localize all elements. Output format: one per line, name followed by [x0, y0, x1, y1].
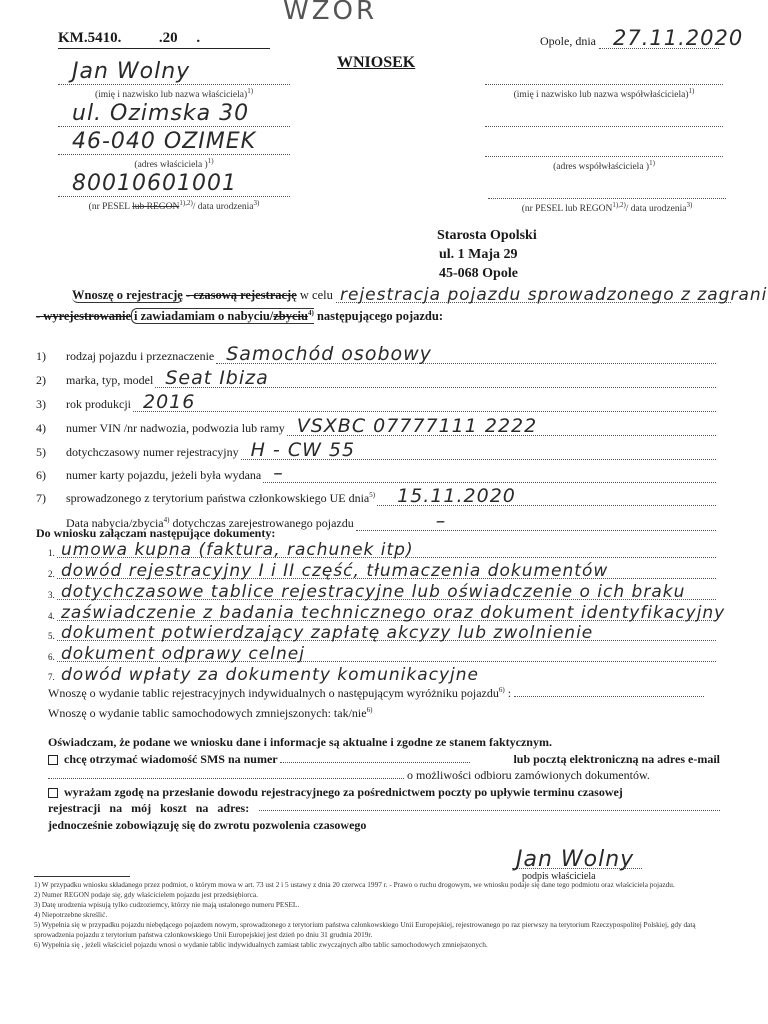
vehicle-row-field[interactable]: –	[263, 470, 716, 483]
post-address-field[interactable]	[259, 800, 720, 811]
owner-address-caption: (adres właściciela )1)	[58, 157, 290, 170]
footnote: 1) W przypadku wniosku składanego przez …	[34, 880, 720, 890]
document-item-field[interactable]: zaświadczenie z badania technicznego ora…	[57, 606, 716, 621]
request-option-temporary[interactable]: - czasową rejestrację	[186, 288, 297, 302]
reduced-plates-request[interactable]: Wnoszę o wydanie tablic samochodowych zm…	[48, 706, 372, 721]
request-option-registration[interactable]: Wnoszę o rejestrację	[72, 288, 183, 303]
document-item-number: 1.	[48, 548, 57, 558]
document-item-field[interactable]: dokument odprawy celnej	[57, 647, 716, 662]
vehicle-row-value: 2016	[143, 391, 195, 413]
vehicle-row-field[interactable]: VSXBC 07777111 2222	[287, 423, 716, 436]
vehicle-row-number: 4)	[36, 421, 66, 436]
footnote: 3) Datę urodzenia wpisują tylko cudzozie…	[34, 900, 720, 910]
owner-name-field[interactable]: Jan Wolny (imię i nazwisko lub nazwa wła…	[58, 56, 290, 100]
co-owner-name-caption: (imię i nazwisko lub nazwa współwłaścici…	[485, 87, 723, 100]
email-field[interactable]	[48, 768, 404, 779]
footnote: 6) Wypełnia się , jeżeli właściciel poja…	[34, 940, 720, 950]
purpose-field[interactable]: rejestracja pojazdu sprowadzonego z zagr…	[336, 288, 731, 303]
co-owner-pesel-field[interactable]: (nr PESEL lub REGON1),2)/ data urodzenia…	[488, 172, 726, 214]
document-item-value: zaświadczenie z badania technicznego ora…	[61, 603, 725, 623]
purpose-label: w celu	[300, 288, 333, 302]
declaration-statement: Oświadczam, że podane we wniosku dane i …	[48, 734, 720, 751]
date-field[interactable]: 27.11.2020	[599, 36, 719, 49]
footnote-divider	[34, 876, 130, 877]
signature-value: Jan Wolny	[516, 847, 634, 872]
document-item-number: 6.	[48, 652, 57, 662]
document-item: 2.dowód rejestracyjny I i II część, tłum…	[48, 559, 716, 579]
vehicle-row: 4)numer VIN /nr nadwozia, podwozia lub r…	[36, 416, 716, 436]
declaration-section: Oświadczam, że podane we wniosku dane i …	[48, 734, 720, 833]
document-item: 6.dokument odprawy celnej	[48, 642, 716, 662]
vehicle-row-number: 5)	[36, 445, 66, 460]
document-item-number: 3.	[48, 590, 57, 600]
place-date: Opole, dnia 27.11.2020	[540, 34, 719, 49]
vehicle-row-label: rodzaj pojazdu i przeznaczenie	[66, 349, 214, 364]
document-item-number: 4.	[48, 611, 57, 621]
vehicle-row-field[interactable]: Seat Ibiza	[155, 375, 716, 388]
sms-consent-line: chcę otrzymać wiadomość SMS na numer lub…	[48, 751, 720, 768]
vehicle-row-label: numer karty pojazdu, jeżeli była wydana	[66, 468, 261, 483]
post-address-line: rejestracji na mój koszt na adres:	[48, 800, 720, 817]
document-item-field[interactable]: dotychczasowe tablice rejestracyjne lub …	[57, 585, 716, 600]
watermark-handwritten: WZÓR	[283, 0, 377, 26]
footnotes: 1) W przypadku wniosku składanego przez …	[34, 880, 720, 950]
document-item-field[interactable]: umowa kupna (faktura, rachunek itp)	[57, 543, 716, 558]
vehicle-row-number: 1)	[36, 349, 66, 364]
vehicle-row-value: Seat Ibiza	[165, 367, 268, 389]
footnote: 4) Niepotrzebne skreślić.	[34, 910, 720, 920]
owner-address-line2-value: 46-040 OZIMEK	[72, 129, 256, 154]
sms-consent-checkbox[interactable]	[48, 755, 58, 765]
owner-pesel-field[interactable]: 80010601001 (nr PESEL lub REGON1),2)/ da…	[58, 170, 290, 212]
vehicle-row: 6)numer karty pojazdu, jeżeli była wydan…	[36, 463, 716, 483]
vehicle-row-label: numer VIN /nr nadwozia, podwozia lub ram…	[66, 421, 285, 436]
vehicle-row-field[interactable]: 15.11.2020	[377, 493, 716, 506]
owner-pesel-caption: (nr PESEL lub REGON1),2)/ data urodzenia…	[58, 199, 290, 212]
vehicle-row-field[interactable]: Samochód osobowy	[216, 351, 716, 364]
document-item-value: dowód rejestracyjny I i II część, tłumac…	[61, 561, 608, 581]
request-line-2: - wyrejestrowaniei zawiadamiam o nabyciu…	[36, 309, 443, 324]
document-item-value: umowa kupna (faktura, rachunek itp)	[61, 540, 414, 560]
date-value: 27.11.2020	[613, 26, 743, 50]
vehicle-row-value: VSXBC 07777111 2222	[297, 415, 538, 437]
document-item-field[interactable]: dowód wpłaty za dokumenty komunikacyjne	[57, 668, 716, 682]
document-item-value: dotychczasowe tablice rejestracyjne lub …	[61, 582, 685, 602]
vehicle-row-number: 2)	[36, 373, 66, 388]
document-item: 7.dowód wpłaty za dokumenty komunikacyjn…	[48, 662, 716, 682]
document-item: 4.zaświadczenie z badania technicznego o…	[48, 601, 716, 621]
document-item-number: 7.	[48, 672, 57, 682]
recipient-line1: Starosta Opolski	[437, 226, 537, 245]
vehicle-row-label: marka, typ, model	[66, 373, 153, 388]
post-consent-checkbox[interactable]	[48, 788, 58, 798]
request-suffix: następującego pojazdu:	[317, 309, 443, 323]
request-option-notify[interactable]: i zawiadamiam o nabyciu/zbyciu4)	[131, 308, 314, 324]
email-line: o możliwości odbioru zamówionych dokumen…	[48, 767, 720, 784]
vehicle-row: 3)rok produkcji2016	[36, 392, 716, 412]
vehicle-row-value: 15.11.2020	[397, 485, 516, 507]
recipient-line3: 45-068 Opole	[439, 264, 537, 283]
return-obligation: jednocześnie zobowiązuję się do zwrotu p…	[48, 817, 720, 834]
document-item: 3.dotychczasowe tablice rejestracyjne lu…	[48, 580, 716, 600]
vehicle-row-value: H - CW 55	[251, 439, 356, 461]
co-owner-address-caption: (adres współwłaściciela )1)	[485, 159, 723, 172]
vehicle-row-number: 3)	[36, 397, 66, 412]
vehicle-row: 1)rodzaj pojazdu i przeznaczenieSamochód…	[36, 344, 716, 364]
recipient-address: Starosta Opolski ul. 1 Maja 29 45-068 Op…	[437, 226, 537, 283]
vehicle-row-field[interactable]: 2016	[133, 399, 716, 412]
document-title: WNIOSEK	[337, 54, 415, 72]
document-item-field[interactable]: dokument potwierdzający zapłatę akcyzy l…	[57, 626, 716, 641]
vehicle-row: 5)dotychczasowy numer rejestracyjnyH - C…	[36, 440, 716, 460]
document-item-value: dokument odprawy celnej	[61, 644, 305, 664]
signature-field[interactable]: Jan Wolny	[512, 838, 642, 869]
individual-plates-request: Wnoszę o wydanie tablic rejestracyjnych …	[48, 686, 704, 701]
co-owner-address-line2-field[interactable]: (adres współwłaściciela )1)	[485, 130, 723, 172]
signature-block: Jan Wolny podpis właściciela	[512, 838, 642, 882]
co-owner-address-line1-field[interactable]	[485, 100, 723, 127]
recipient-line2: ul. 1 Maja 29	[439, 245, 537, 264]
vehicle-row-field[interactable]: H - CW 55	[241, 447, 716, 460]
co-owner-pesel-caption: (nr PESEL lub REGON1),2)/ data urodzenia…	[488, 201, 726, 214]
co-owner-name-field[interactable]: (imię i nazwisko lub nazwa współwłaścici…	[485, 58, 723, 100]
footnote: 5) Wypełnia się w przypadku pojazdu nieb…	[34, 920, 720, 940]
vehicle-row-value: –	[273, 462, 284, 484]
document-item-value: dowód wpłaty za dokumenty komunikacyjne	[61, 665, 479, 685]
document-item-value: dokument potwierdzający zapłatę akcyzy l…	[61, 623, 593, 643]
vehicle-row-label: sprowadzonego z terytorium państwa człon…	[66, 491, 375, 506]
document-item: 5.dokument potwierdzający zapłatę akcyzy…	[48, 621, 716, 641]
vehicle-row-number: 7)	[36, 491, 66, 506]
place-date-label: Opole, dnia	[540, 34, 596, 48]
vehicle-row-value: –	[436, 510, 447, 532]
owner-pesel-value: 80010601001	[72, 171, 237, 196]
document-item: 1.umowa kupna (faktura, rachunek itp)	[48, 538, 716, 558]
sms-number-field[interactable]	[280, 752, 470, 763]
document-item-number: 5.	[48, 631, 57, 641]
vehicle-row-field[interactable]: –	[356, 518, 716, 531]
vehicle-row-number: 6)	[36, 468, 66, 483]
request-option-deregistration[interactable]: - wyrejestrowanie	[36, 309, 131, 323]
owner-address-line2-field[interactable]: 46-040 OZIMEK (adres właściciela )1)	[58, 128, 290, 170]
vehicle-row-label: rok produkcji	[66, 397, 131, 412]
case-number: KM.5410. .20 .	[58, 30, 270, 49]
document-item-field[interactable]: dowód rejestracyjny I i II część, tłumac…	[57, 564, 716, 579]
individual-plates-field[interactable]	[514, 686, 704, 697]
vehicle-row: 2)marka, typ, modelSeat Ibiza	[36, 368, 716, 388]
owner-name-value: Jan Wolny	[72, 59, 190, 84]
vehicle-row-label: dotychczasowy numer rejestracyjny	[66, 445, 239, 460]
vehicle-row-value: Samochód osobowy	[226, 343, 432, 365]
footnote: 2) Numer REGON podaje się, gdy właścicie…	[34, 890, 720, 900]
vehicle-row: 7)sprowadzonego z terytorium państwa czł…	[36, 486, 716, 506]
owner-address-line1-value: ul. Ozimska 30	[72, 101, 249, 126]
document-item-number: 2.	[48, 569, 57, 579]
owner-name-caption: (imię i nazwisko lub nazwa właściciela)1…	[58, 87, 290, 100]
request-line: Wnoszę o rejestrację - czasową rejestrac…	[72, 288, 731, 303]
owner-address-line1-field[interactable]: ul. Ozimska 30	[58, 100, 290, 127]
post-consent-line: wyrażam zgodę na przesłanie dowodu rejes…	[48, 784, 720, 801]
purpose-value: rejestracja pojazdu sprowadzonego z zagr…	[340, 285, 768, 305]
